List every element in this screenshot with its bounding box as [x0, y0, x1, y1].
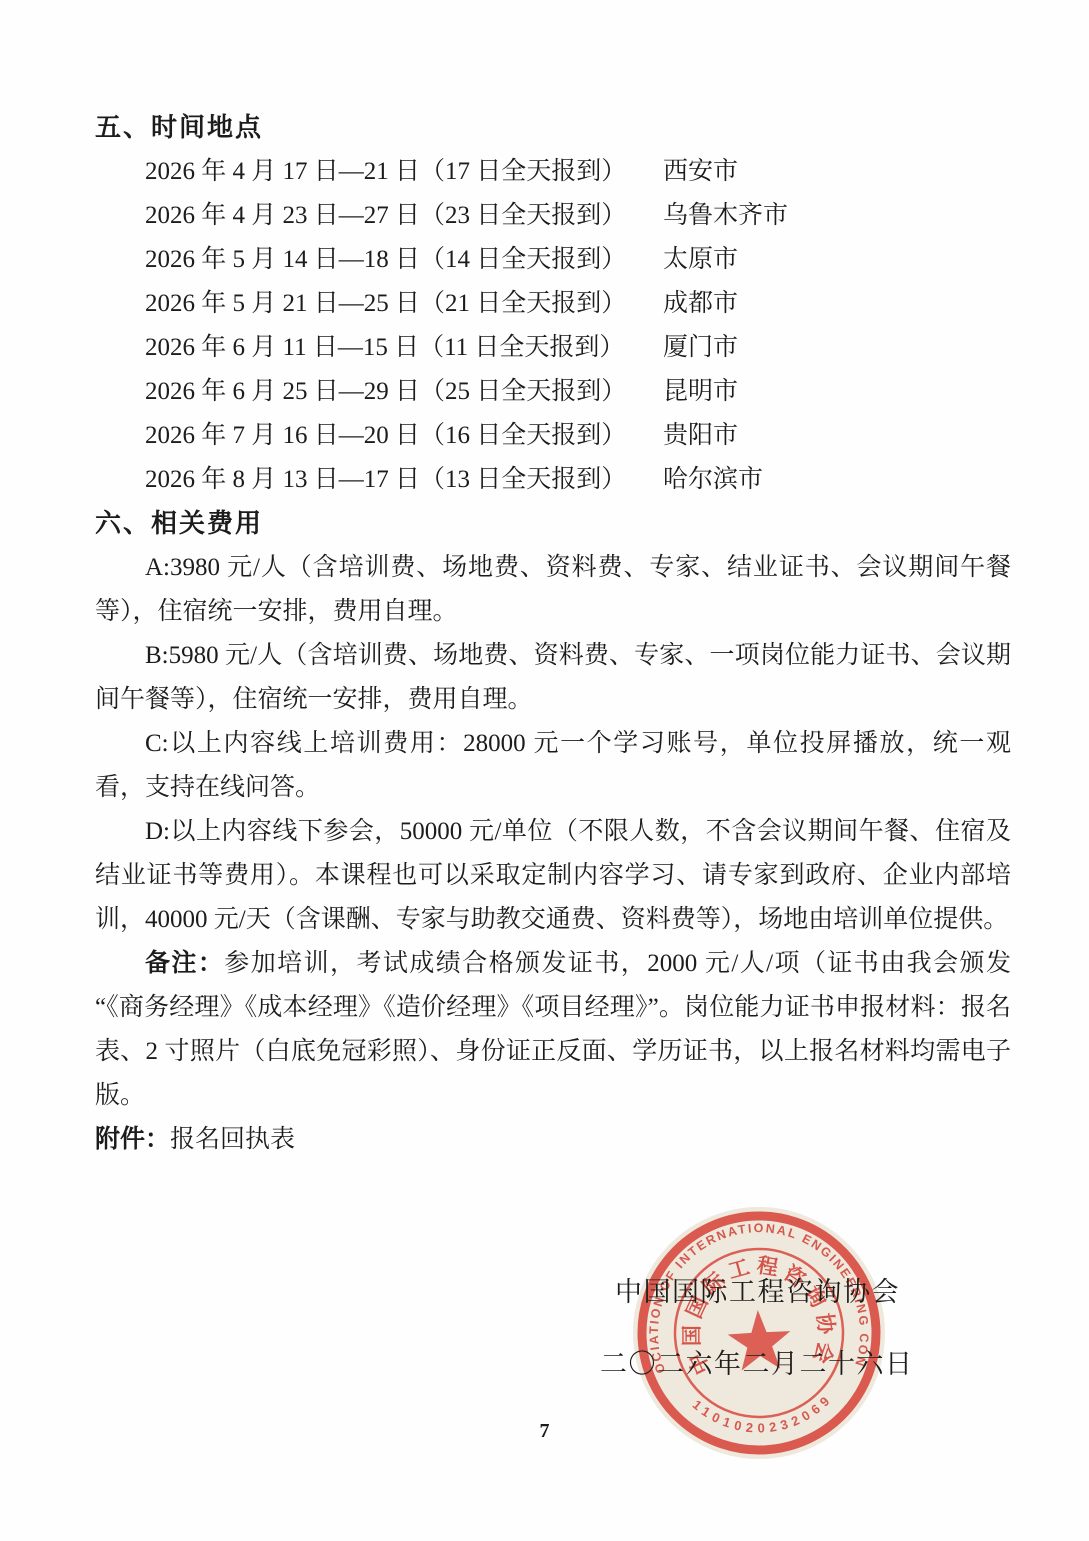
schedule-city: 成都市 — [663, 282, 738, 326]
page-number: 7 — [0, 1420, 1089, 1443]
fee-item-b: B:5980 元/人（含培训费、场地费、资料费、专家、一项岗位能力证书、会议期间… — [95, 634, 1011, 722]
schedule-city: 厦门市 — [663, 326, 738, 370]
schedule-date: 2026 年 8 月 13 日—17 日（13 日全天报到） — [145, 458, 663, 502]
schedule-row: 2026 年 4 月 23 日—27 日（23 日全天报到） 乌鲁木齐市 — [145, 194, 1011, 238]
schedule-date: 2026 年 4 月 23 日—27 日（23 日全天报到） — [145, 194, 663, 238]
schedule-date: 2026 年 4 月 17 日—21 日（17 日全天报到） — [145, 150, 663, 194]
schedule-city: 贵阳市 — [663, 414, 738, 458]
schedule-city: 西安市 — [663, 150, 738, 194]
fee-item-d: D:以上内容线下参会，50000 元/单位（不限人数，不含会议期间午餐、住宿及结… — [95, 810, 1011, 942]
schedule-row: 2026 年 5 月 21 日—25 日（21 日全天报到） 成都市 — [145, 282, 1011, 326]
section-heading-time-place: 五、时间地点 — [95, 106, 1011, 150]
schedule-row: 2026 年 6 月 11 日—15 日（11 日全天报到） 厦门市 — [145, 326, 1011, 370]
signature-date: 二〇二六年二月二十六日 — [600, 1342, 914, 1381]
attachment-text: 报名回执表 — [170, 1126, 295, 1153]
schedule-city: 哈尔滨市 — [663, 458, 763, 502]
schedule-date: 2026 年 6 月 25 日—29 日（25 日全天报到） — [145, 370, 663, 414]
schedule-list: 2026 年 4 月 17 日—21 日（17 日全天报到） 西安市 2026 … — [95, 150, 1011, 502]
schedule-date: 2026 年 5 月 21 日—25 日（21 日全天报到） — [145, 282, 663, 326]
remark-paragraph: 备注：参加培训，考试成绩合格颁发证书，2000 元/人/项（证书由我会颁发“《商… — [95, 942, 1011, 1118]
schedule-row: 2026 年 6 月 25 日—29 日（25 日全天报到） 昆明市 — [145, 370, 1011, 414]
schedule-date: 2026 年 6 月 11 日—15 日（11 日全天报到） — [145, 326, 663, 370]
document-body: 五、时间地点 2026 年 4 月 17 日—21 日（17 日全天报到） 西安… — [95, 106, 1011, 1162]
schedule-city: 太原市 — [663, 238, 738, 282]
document-page: 五、时间地点 2026 年 4 月 17 日—21 日（17 日全天报到） 西安… — [0, 0, 1089, 1541]
signature-organization: 中国国际工程咨询协会 — [615, 1270, 900, 1309]
schedule-city: 乌鲁木齐市 — [663, 194, 788, 238]
schedule-date: 2026 年 7 月 16 日—20 日（16 日全天报到） — [145, 414, 663, 458]
remark-text: 参加培训，考试成绩合格颁发证书，2000 元/人/项（证书由我会颁发“《商务经理… — [95, 950, 1011, 1109]
schedule-row: 2026 年 4 月 17 日—21 日（17 日全天报到） 西安市 — [145, 150, 1011, 194]
fee-item-a: A:3980 元/人（含培训费、场地费、资料费、专家、结业证书、会议期间午餐等）… — [95, 546, 1011, 634]
section-heading-fees: 六、相关费用 — [95, 502, 1011, 546]
schedule-city: 昆明市 — [663, 370, 738, 414]
attachment-label: 附件： — [95, 1126, 170, 1153]
remark-label: 备注： — [145, 950, 224, 977]
schedule-date: 2026 年 5 月 14 日—18 日（14 日全天报到） — [145, 238, 663, 282]
fee-item-c: C:以上内容线上培训费用：28000 元一个学习账号，单位投屏播放，统一观看，支… — [95, 722, 1011, 810]
attachment-line: 附件：报名回执表 — [95, 1118, 1011, 1162]
schedule-row: 2026 年 7 月 16 日—20 日（16 日全天报到） 贵阳市 — [145, 414, 1011, 458]
schedule-row: 2026 年 5 月 14 日—18 日（14 日全天报到） 太原市 — [145, 238, 1011, 282]
schedule-row: 2026 年 8 月 13 日—17 日（13 日全天报到） 哈尔滨市 — [145, 458, 1011, 502]
